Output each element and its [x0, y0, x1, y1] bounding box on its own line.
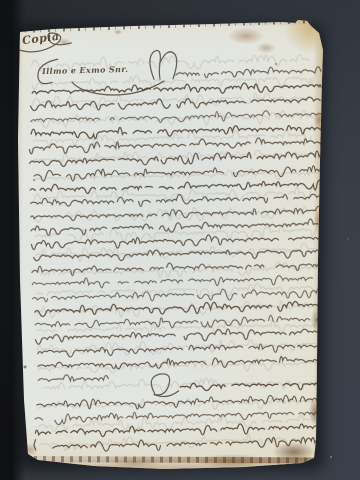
dust-speck — [330, 456, 332, 458]
dust-speck — [347, 238, 349, 240]
manuscript-page: Copia Illmo e Exmo Snr. — [14, 20, 326, 470]
photo-backdrop: Copia Illmo e Exmo Snr. — [0, 0, 360, 480]
salutation-text: Illmo e Exmo Snr. — [42, 65, 129, 75]
handwriting-ink — [14, 20, 326, 470]
